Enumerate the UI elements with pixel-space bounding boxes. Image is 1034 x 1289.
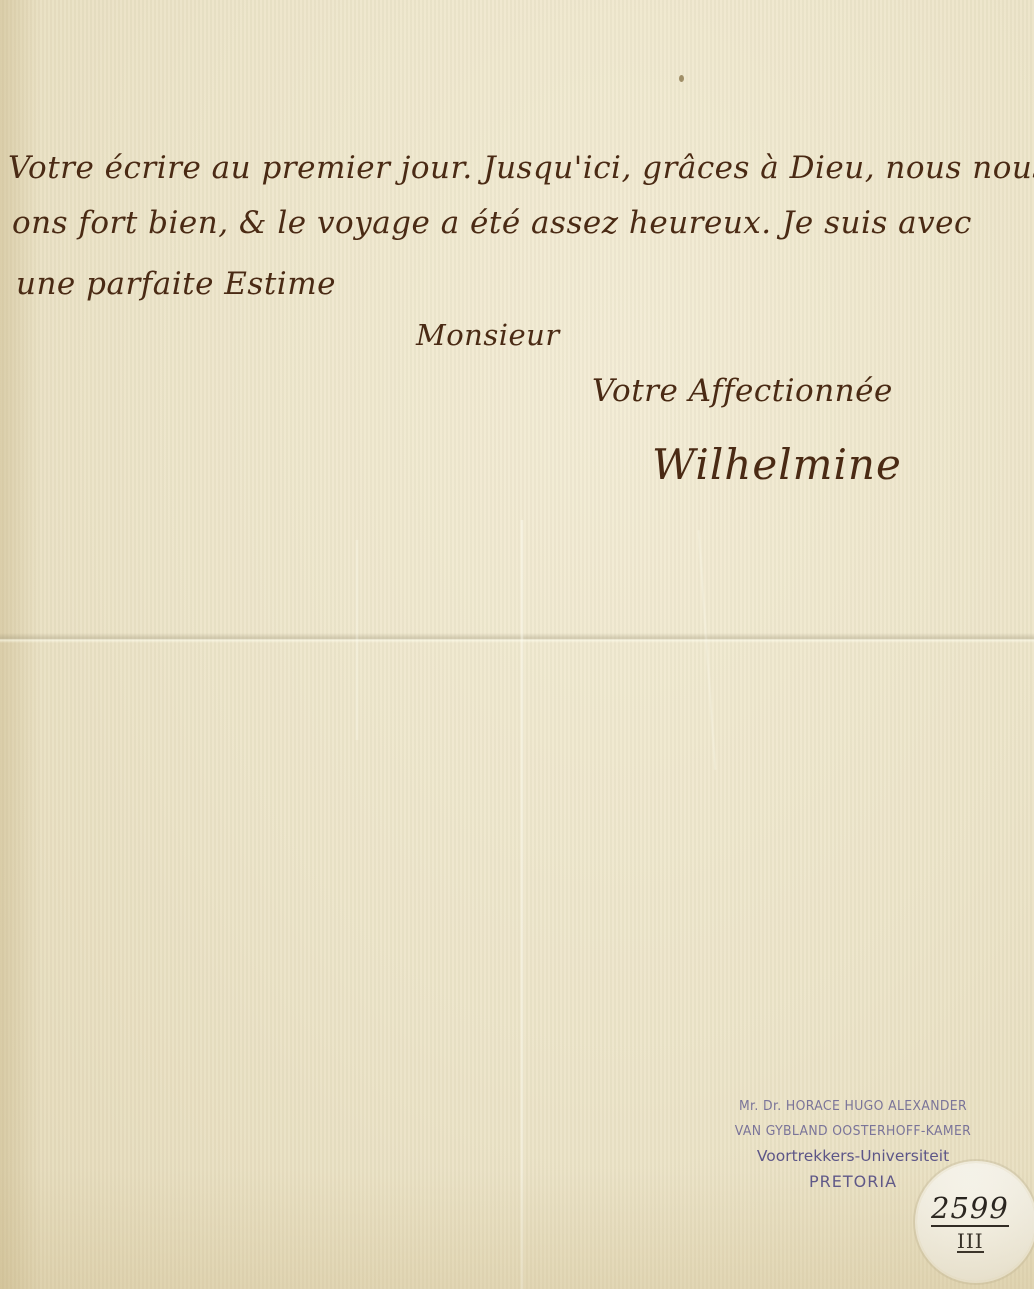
signature: Wilhelmine <box>652 440 902 489</box>
stamp-line-city: PRETORIA <box>722 1169 984 1194</box>
catalog-number: 2599 <box>931 1191 1009 1227</box>
closing-phrase: Votre Affectionnée <box>592 373 893 409</box>
letter-body-line: une parfaite Estime <box>16 266 336 302</box>
stamp-line-owner: Mr. Dr. HORACE HUGO ALEXANDER <box>732 1094 973 1119</box>
letter-body-line: Votre écrire au premier jour. Jusqu'ici,… <box>8 150 1034 186</box>
paper-crease <box>355 540 359 740</box>
collection-stamp: Mr. Dr. HORACE HUGO ALEXANDER VAN GYBLAN… <box>722 1094 984 1194</box>
vertical-fold-crease <box>520 520 524 1289</box>
letter-page: Votre écrire au premier jour. Jusqu'ici,… <box>0 0 1034 1289</box>
closing-salutation: Monsieur <box>416 318 560 352</box>
stamp-line-owner-surname: VAN GYBLAND OOSTERHOFF-KAMER <box>732 1119 973 1144</box>
horizontal-fold-crease <box>0 633 1034 643</box>
paper-crease <box>697 530 718 770</box>
stamp-line-university: Voortrekkers-Universiteit <box>722 1144 984 1169</box>
paper-speck <box>679 75 684 82</box>
letter-body-line: ons fort bien, & le voyage a été assez h… <box>12 205 972 241</box>
catalog-volume: III <box>957 1231 984 1253</box>
catalog-seal-label: 2599 III <box>917 1163 1034 1281</box>
